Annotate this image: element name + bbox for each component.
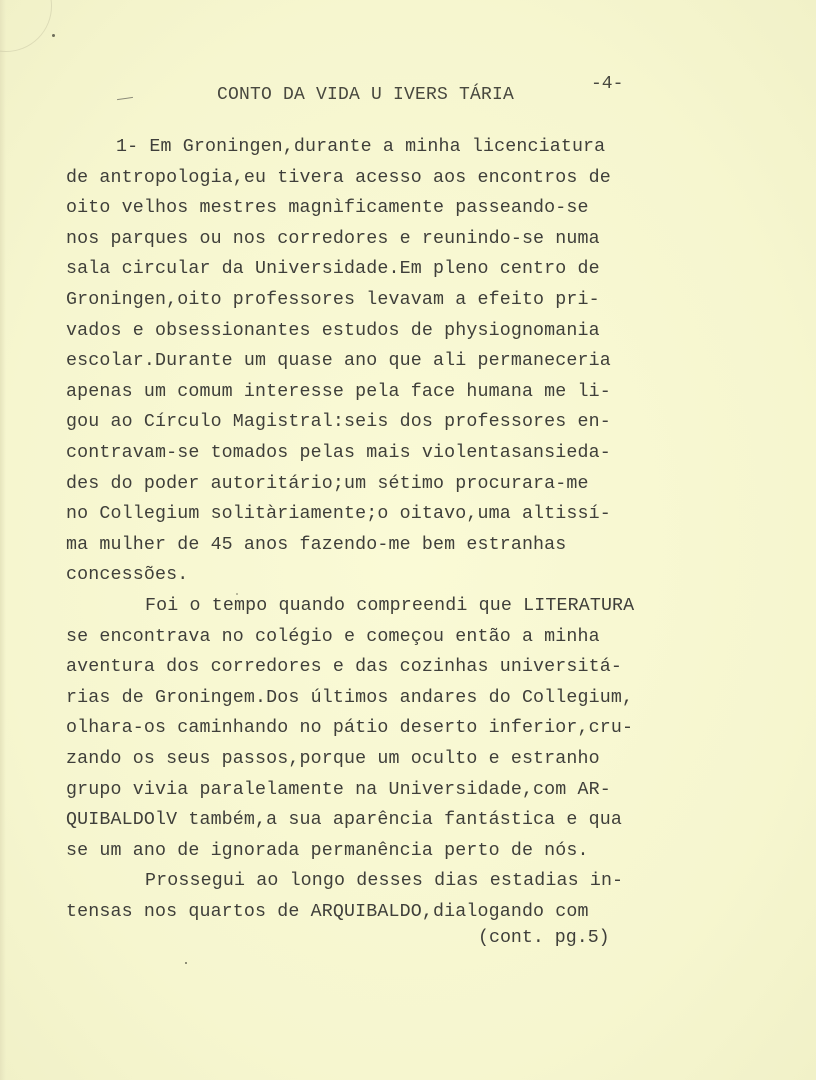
- text-line: Groningen,oito professores levavam a efe…: [66, 290, 600, 310]
- document-title: CONTO DA VIDA U IVERS TÁRIA: [217, 85, 514, 105]
- text-line: no Collegium solitàriamente;o oitavo,uma…: [66, 504, 611, 524]
- text-line: Prossegui ao longo desses dias estadias …: [145, 871, 623, 891]
- text-line: contravam-se tomados pelas mais violenta…: [66, 443, 611, 463]
- typewritten-page: CONTO DA VIDA U IVERS TÁRIA -4- 1- Em Gr…: [0, 0, 816, 1080]
- continuation-note: (cont. pg.5): [478, 928, 610, 948]
- text-line: se um ano de ignorada permanência perto …: [66, 841, 589, 861]
- text-line: nos parques ou nos corredores e reunindo…: [66, 229, 600, 249]
- text-line: vados e obsessionantes estudos de physio…: [66, 321, 600, 341]
- text-line: de antropologia,eu tivera acesso aos enc…: [66, 168, 611, 188]
- text-line: 1- Em Groningen,durante a minha licencia…: [116, 137, 605, 157]
- page-number: -4-: [591, 74, 623, 94]
- pen-dash-mark: [117, 97, 133, 100]
- paper-speck: [52, 34, 55, 37]
- text-line: zando os seus passos,porque um oculto e …: [66, 749, 600, 769]
- text-line: des do poder autoritário;um sétimo procu…: [66, 474, 589, 494]
- text-line: concessões.: [66, 565, 188, 585]
- text-line: gou ao Círculo Magistral:seis dos profes…: [66, 412, 611, 432]
- text-line: escolar.Durante um quase ano que ali per…: [66, 351, 611, 371]
- paper-edge-shadow: [0, 0, 6, 1080]
- text-line: olhara-os caminhando no pátio deserto in…: [66, 718, 633, 738]
- paper-corner-mark: [0, 0, 52, 52]
- text-line: apenas um comum interesse pela face huma…: [66, 382, 611, 402]
- paper-speck: [236, 593, 238, 595]
- text-line: QUIBALDOlV também,a sua aparência fantás…: [66, 810, 622, 830]
- text-line: rias de Groningem.Dos últimos andares do…: [66, 688, 633, 708]
- text-line: tensas nos quartos de ARQUIBALDO,dialoga…: [66, 902, 589, 922]
- text-line: sala circular da Universidade.Em pleno c…: [66, 259, 600, 279]
- text-line: grupo vivia paralelamente na Universidad…: [66, 780, 611, 800]
- text-line: Foi o tempo quando compreendi que LITERA…: [145, 596, 634, 616]
- text-line: aventura dos corredores e das cozinhas u…: [66, 657, 622, 677]
- text-line: ma mulher de 45 anos fazendo-me bem estr…: [66, 535, 566, 555]
- text-line: se encontrava no colégio e começou então…: [66, 627, 600, 647]
- paper-speck: [185, 962, 187, 964]
- text-line: oito velhos mestres magnìficamente passe…: [66, 198, 589, 218]
